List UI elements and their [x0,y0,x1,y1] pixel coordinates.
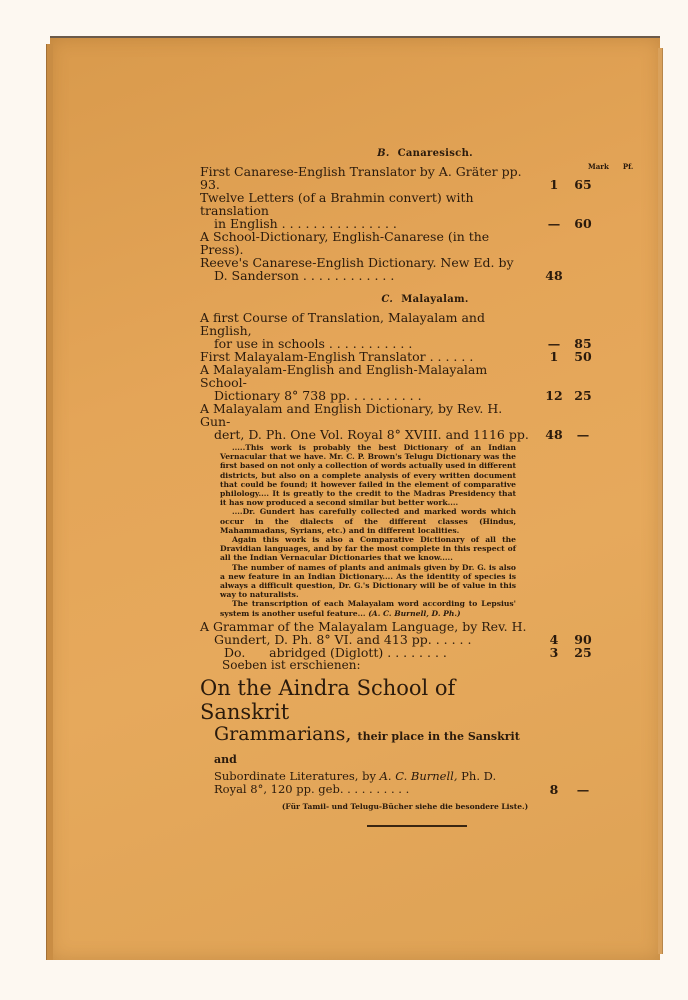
price-mark: 1 [540,350,568,363]
section-heading-canarese: B.Canaresisch. [200,148,590,159]
section-letter: B. [377,148,390,159]
price-pf [568,269,598,282]
review-paragraph: ....Dr. Gundert has carefully collected … [220,507,516,535]
catalogue-content: Mark Pf. B.Canaresisch. First Canarese-E… [200,148,590,827]
review-quote: .....This work is probably the best Dict… [220,443,516,618]
new-release-label: Soeben ist erschienen: [200,659,552,672]
price-pf: 50 [568,350,598,363]
divider-rule [367,825,467,827]
list-item: A first Course of Translation, Malayalam… [200,311,530,350]
price-pf: 90 [568,633,598,646]
section-title: Canaresisch. [398,148,473,159]
list-item: Twelve Letters (of a Brahmin convert) wi… [200,191,530,230]
entry-title-cont: Gundert, D. Ph. 8° VI. and 413 pp. . . .… [200,633,530,646]
price-mark: 1 [540,178,568,191]
list-item: A Malayalam and English Dictionary, by R… [200,402,530,441]
entry-title: Do. abridged (Diglott) . . . . . . . . [200,646,530,659]
pf-header: Pf. [623,162,633,171]
price-pf: 25 [568,389,598,402]
entry-price: 48— [540,428,600,441]
new-release-title-cont: Grammarians, their place in the Sanskrit… [200,724,530,770]
entry-title-cont: dert, D. Ph. One Vol. Royal 8° XVIII. an… [200,428,530,441]
new-release-format: Royal 8°, 120 pp. geb. . . . . . . . . . [200,783,530,796]
price-mark: 48 [540,269,568,282]
entry-title: Twelve Letters (of a Brahmin convert) wi… [200,191,530,217]
entry-title-cont: D. Sanderson . . . . . . . . . . . . [200,269,530,282]
new-release-details: Subordinate Literatures, by A. C. Burnel… [200,770,530,783]
review-attribution: (A. C. Burnell, D. Ph.) [368,609,460,618]
price-pf: 60 [568,217,598,230]
review-paragraph: .....This work is probably the best Dict… [220,443,516,507]
review-paragraph: The number of names of plants and animal… [220,563,516,600]
footer-note: (Für Tamil- und Telugu-Bücher siehe die … [200,802,590,811]
list-item: First Canarese-English Translator by A. … [200,165,530,191]
author-name: A. C. Burnell, [380,769,458,783]
entry-price: 8— [540,783,600,796]
new-release-title: On the Aindra School of Sanskrit [200,676,530,724]
entry-price: —60 [540,217,600,230]
price-mark: — [540,217,568,230]
list-item: Do. abridged (Diglott) . . . . . . . . 3… [200,646,530,659]
entry-title: A Malayalam-English and English-Malayala… [200,363,530,389]
price-column-header: Mark Pf. [588,162,633,171]
price-mark: 12 [540,389,568,402]
entry-title: A Malayalam and English Dictionary, by R… [200,402,530,428]
price-mark: 4 [540,633,568,646]
price-mark: 8 [540,783,568,796]
entry-price: 325 [540,646,600,659]
price-pf: — [568,783,598,796]
section-letter: C. [381,294,393,305]
price-mark: 48 [540,428,568,441]
entry-title: A first Course of Translation, Malayalam… [200,311,530,337]
entry-title: First Canarese-English Translator by A. … [200,165,530,191]
list-item: A Grammar of the Malayalam Language, by … [200,620,530,646]
entry-price: 150 [540,350,600,363]
entry-title: A School-Dictionary, English-Canarese (i… [200,230,530,256]
price-pf: — [568,428,598,441]
list-item: A Malayalam-English and English-Malayala… [200,363,530,402]
price-mark: 3 [540,646,568,659]
entry-price: 165 [540,178,600,191]
details-text: Subordinate Literatures, by [214,769,376,783]
list-item: Reeve's Canarese-English Dictionary. New… [200,256,530,282]
title-word: Grammarians, [214,723,351,745]
section-heading-malayalam: C.Malayalam. [200,294,590,305]
price-pf: 65 [568,178,598,191]
author-degree: Ph. D. [461,769,496,783]
price-pf: 25 [568,646,598,659]
entry-price: 490 [540,633,600,646]
mark-header: Mark [588,162,609,171]
section-title: Malayalam. [401,294,468,305]
entry-price: 1225 [540,389,600,402]
entry-title: A Grammar of the Malayalam Language, by … [200,620,530,633]
review-paragraph: Again this work is also a Comparative Di… [220,535,516,563]
new-release-entry: On the Aindra School of Sanskrit Grammar… [200,676,530,796]
entry-price: 48 [540,269,600,282]
catalogue-page: Mark Pf. B.Canaresisch. First Canarese-E… [50,36,660,960]
list-item: A School-Dictionary, English-Canarese (i… [200,230,530,256]
